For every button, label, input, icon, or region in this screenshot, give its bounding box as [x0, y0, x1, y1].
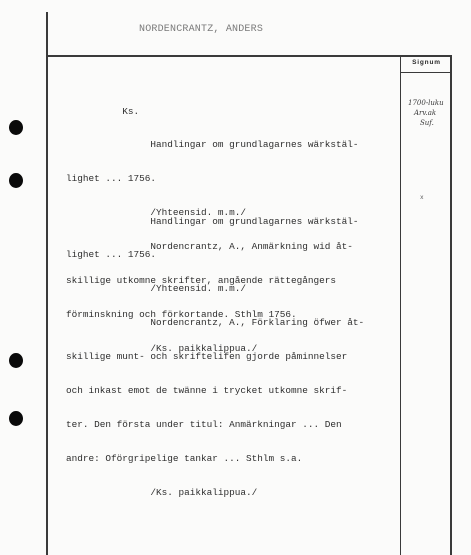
signum-mark: x: [420, 194, 424, 201]
entry-line: Ks.: [66, 106, 359, 117]
card-heading: NORDENCRANTZ, ANDERS: [139, 24, 263, 35]
entry-line: lighet ... 1756.: [66, 173, 359, 184]
left-margin-rule: [46, 12, 48, 555]
signum-note-line: Suf.: [408, 118, 452, 128]
catalog-entry-2: Handlingar om grundlagarnes wärkstäl- li…: [66, 193, 364, 509]
header-rule: [47, 55, 452, 57]
entry-line: ter. Den första under titul: Anmärkninga…: [66, 419, 364, 430]
signum-header-rule: [401, 72, 452, 73]
signum-note-line: Arv.ak: [408, 108, 452, 118]
punch-hole: [9, 353, 23, 368]
entry-line: Handlingar om grundlagarnes wärkstäl-: [66, 139, 359, 150]
punch-hole: [9, 411, 23, 426]
entry-line: skillige munt- och skriftelifen gjorde p…: [66, 351, 364, 362]
entry-line: /Yhteensid. m.m./: [66, 283, 364, 294]
entry-line: /Ks. paikkalippua./: [66, 487, 364, 498]
punch-hole: [9, 120, 23, 135]
entry-line: lighet ... 1756.: [66, 249, 364, 260]
signum-left-rule: [400, 55, 401, 555]
signum-header: Signum: [402, 59, 451, 66]
entry-line: Handlingar om grundlagarnes wärkstäl-: [66, 216, 364, 227]
entry-line: Nordencrantz, A., Förklaring öfwer åt-: [66, 317, 364, 328]
signum-right-rule: [450, 55, 452, 555]
punch-hole: [9, 173, 23, 188]
signum-note-line: 1700-luku: [408, 98, 452, 108]
entry-line: och inkast emot de twänne i trycket utko…: [66, 385, 364, 396]
entry-line: andre: Oförgripelige tankar ... Sthlm s.…: [66, 453, 364, 464]
signum-handwritten-note: 1700-luku Arv.ak Suf.: [408, 98, 452, 128]
